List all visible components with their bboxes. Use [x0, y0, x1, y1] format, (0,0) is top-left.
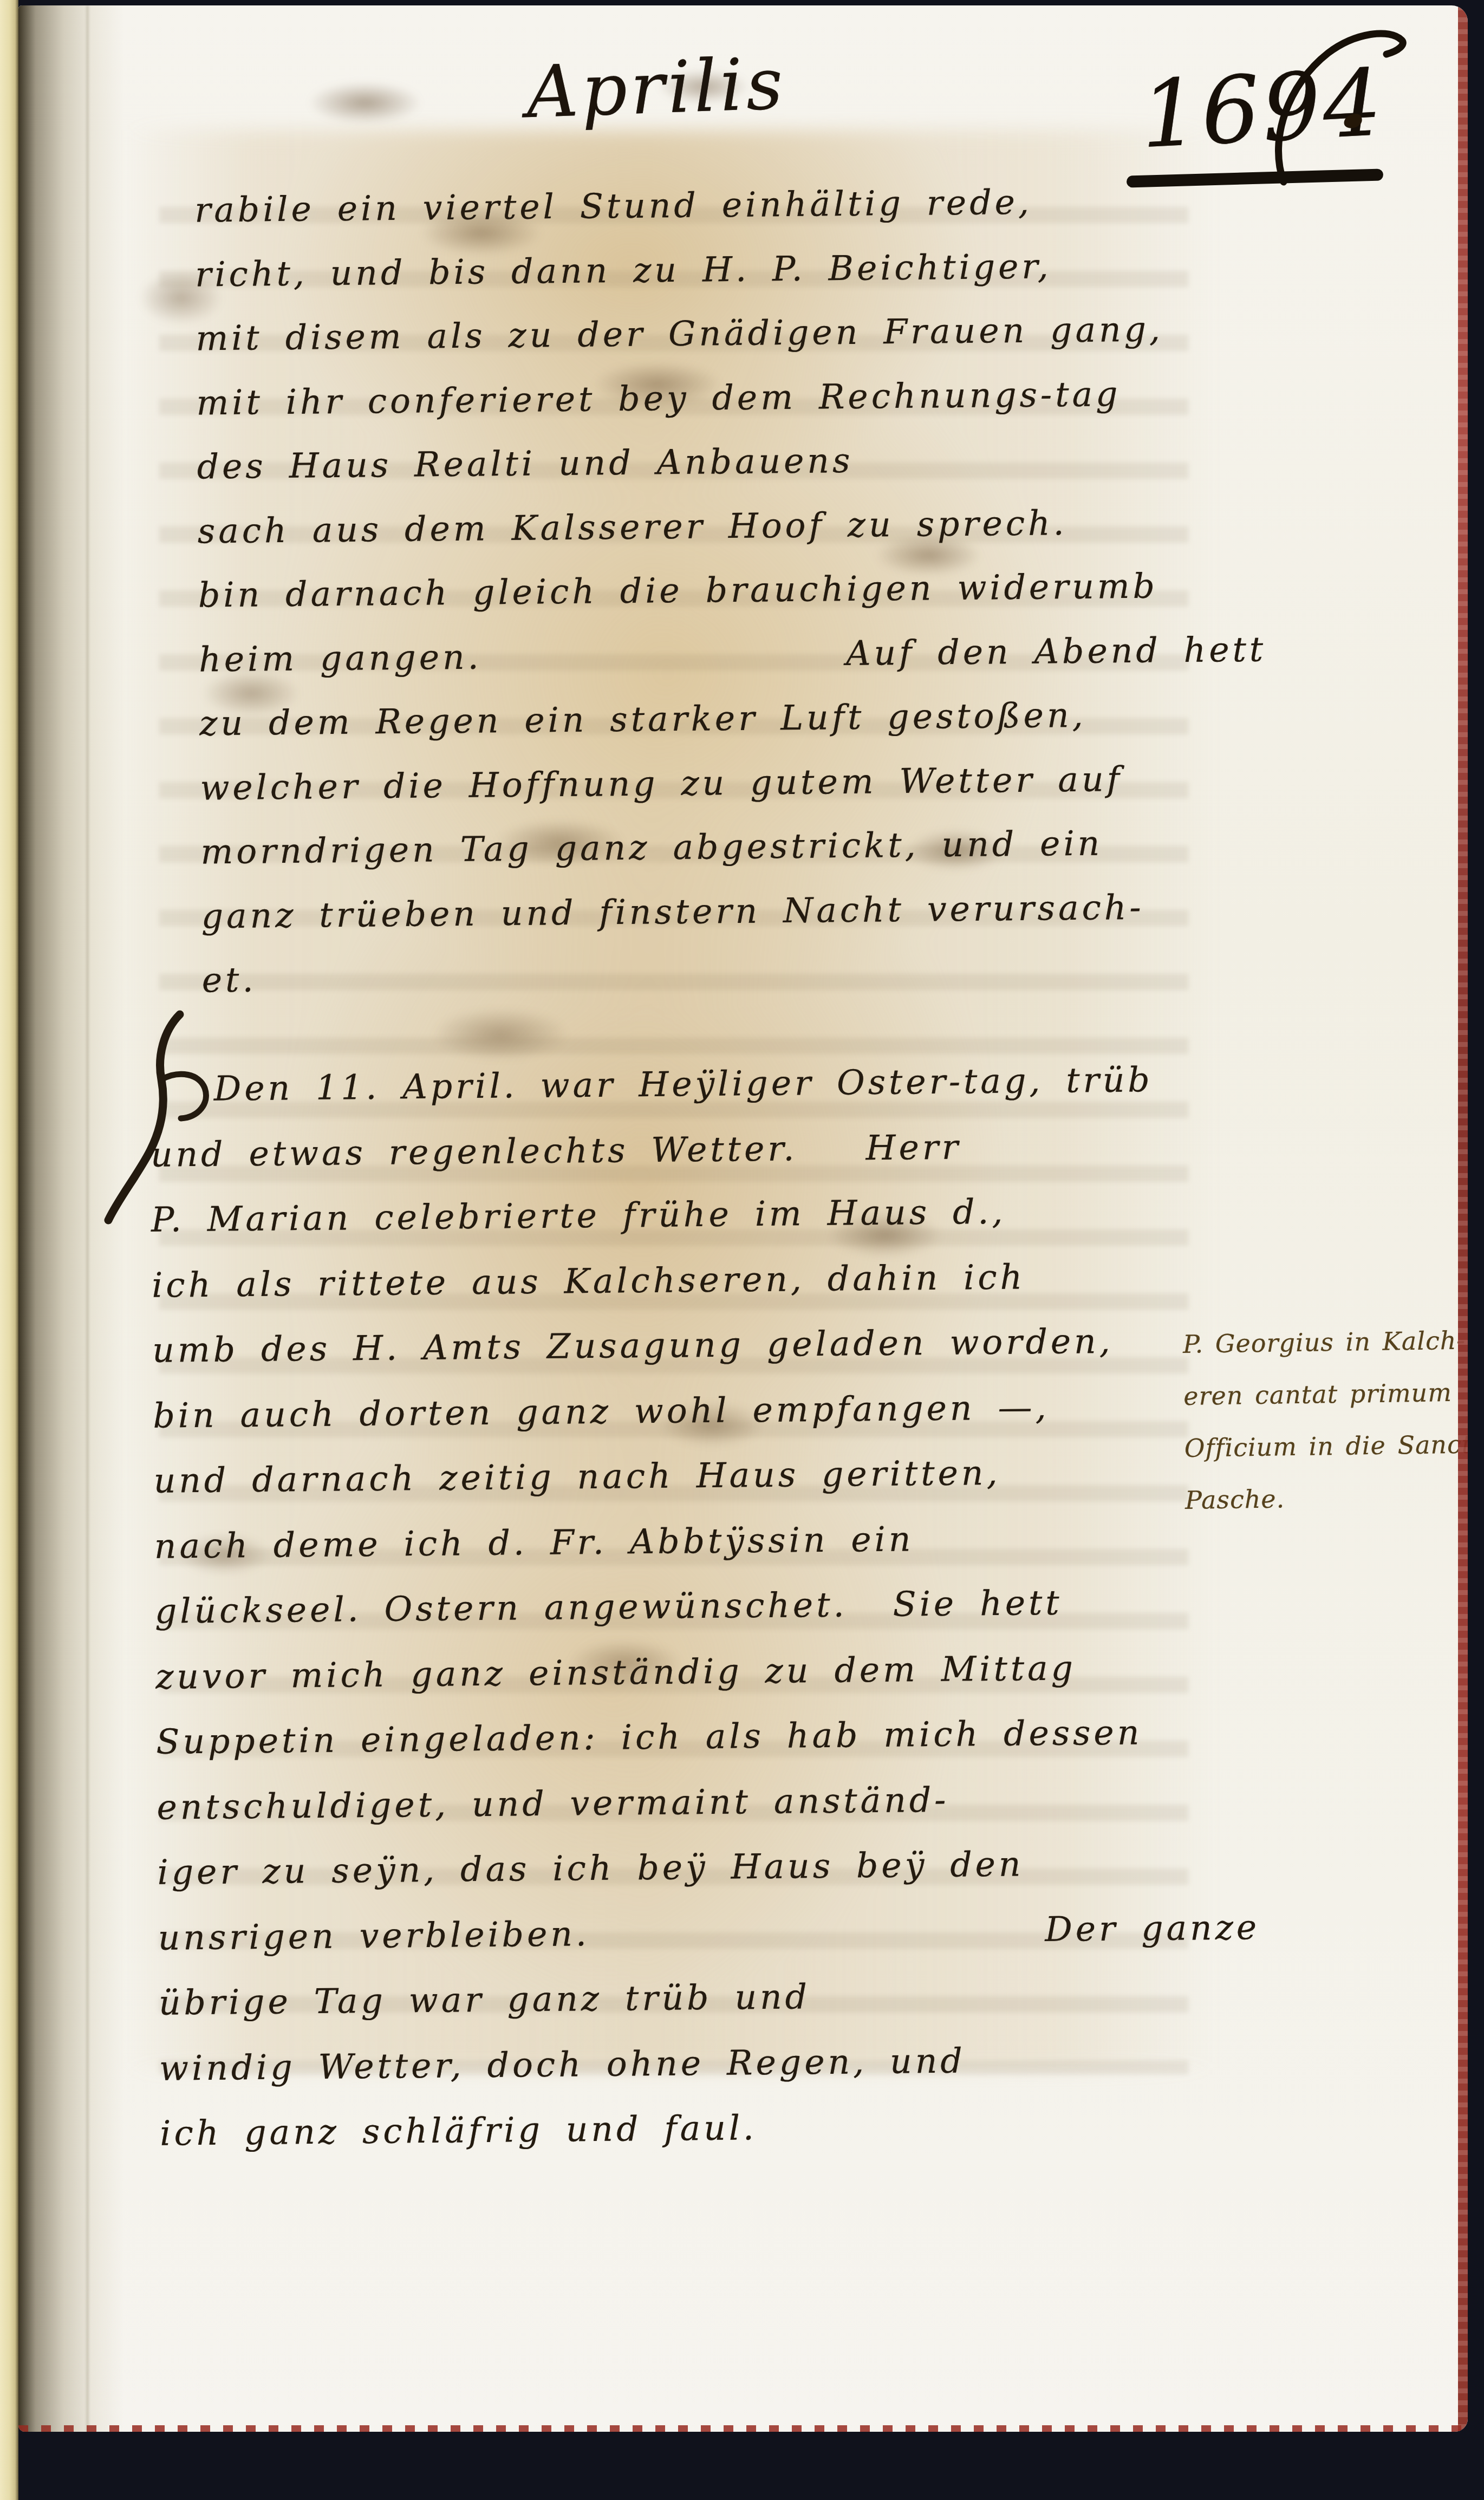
manuscript-line: ganz trüeben und finstern Nacht verursac…	[201, 874, 1269, 948]
manuscript-line: rabile ein viertel Stund einhältig rede,	[194, 168, 1262, 243]
diary-paragraph-1: rabile ein viertel Stund einhältig rede,…	[194, 168, 1270, 1013]
manuscript-scan: { "header": { "title": "Aprilis", "year"…	[0, 0, 1484, 2500]
red-bottom-edge	[18, 2425, 1468, 2432]
manuscript-line: bin auch dorten ganz wohl empfangen —,	[153, 1373, 1255, 1449]
year-label: 1694	[1138, 49, 1403, 170]
manuscript-line: richt, und bis dann zu H. P. Beichtiger,	[195, 232, 1263, 307]
manuscript-line: mit disem als zu der Gnädigen Frauen gan…	[196, 297, 1264, 371]
diary-paragraph-2: Den 11. April. war Heÿliger Oster-tag, t…	[149, 1046, 1262, 2166]
manuscript-line: bin darnach gleich die brauchigen wideru…	[198, 554, 1266, 628]
margin-note-line: Pasche.	[1184, 1470, 1468, 1526]
manuscript-line: iger zu seÿn, das ich beÿ Haus beÿ den	[157, 1830, 1260, 1905]
margin-note: P. Georgius in Kalch- eren cantat primum…	[1182, 1314, 1468, 1526]
manuscript-line: ich als rittete aus Kalchseren, dahin ic…	[152, 1242, 1254, 1318]
manuscript-line: umb des H. Amts Zusagung geladen worden,	[152, 1307, 1255, 1383]
manuscript-line: ich ganz schläfrig und faul.	[160, 2091, 1262, 2166]
margin-note-line: Officium in die Sancto	[1184, 1418, 1468, 1474]
manuscript-line: zu dem Regen ein starker Luft gestoßen,	[199, 682, 1267, 756]
margin-note-line: eren cantat primum	[1183, 1366, 1468, 1422]
manuscript-line: morndrigen Tag ganz abgestrickt, und ein	[200, 810, 1268, 884]
manuscript-line: Suppetin eingeladen: ich als hab mich de…	[156, 1699, 1259, 1775]
manuscript-line: mit ihr conferieret bey dem Rechnungs-ta…	[196, 361, 1264, 435]
manuscript-line: übrige Tag war ganz trüb und	[158, 1960, 1261, 2036]
manuscript-line: des Haus Realti und Anbauens	[197, 425, 1265, 499]
manuscript-line: zuvor mich ganz einständig zu dem Mittag	[155, 1634, 1258, 1710]
manuscript-line: P. Marian celebrierte frühe im Haus d.,	[151, 1177, 1254, 1253]
manuscript-line: entschuldiget, und vermaint anständ-	[157, 1765, 1259, 1840]
margin-note-line: P. Georgius in Kalch-	[1182, 1314, 1468, 1370]
manuscript-line: welcher die Hoffnung zu gutem Wetter auf	[200, 746, 1268, 820]
manuscript-line: glückseel. Ostern angewünschet. Sie hett	[154, 1568, 1257, 1644]
manuscript-line: et.	[201, 939, 1270, 1013]
manuscript-line: Den 11. April. war Heÿliger Oster-tag, t…	[149, 1046, 1252, 1122]
manuscript-line: windig Wetter, doch ohne Regen, und	[159, 2026, 1262, 2101]
manuscript-line: sach aus dem Kalsserer Hoof zu sprech.	[197, 489, 1265, 563]
manuscript-line: unsrigen verbleiben. Der ganze	[158, 1895, 1260, 1971]
manuscript-line: und darnach zeitig nach Haus geritten,	[153, 1438, 1256, 1514]
manuscript-line: und etwas regenlechts Wetter. Herr	[150, 1112, 1253, 1188]
red-fore-edge	[1458, 5, 1468, 2432]
manuscript-page: Aprilis 1694 rabile ein viertel Stund ei…	[18, 5, 1468, 2432]
manuscript-line: nach deme ich d. Fr. Abbtÿssin ein	[154, 1503, 1257, 1579]
book-underpages-edge	[0, 0, 18, 2500]
month-header: Aprilis	[525, 42, 787, 135]
manuscript-line: heim gangen. Auf den Abend hett	[199, 617, 1267, 692]
page-crease	[87, 5, 88, 2432]
